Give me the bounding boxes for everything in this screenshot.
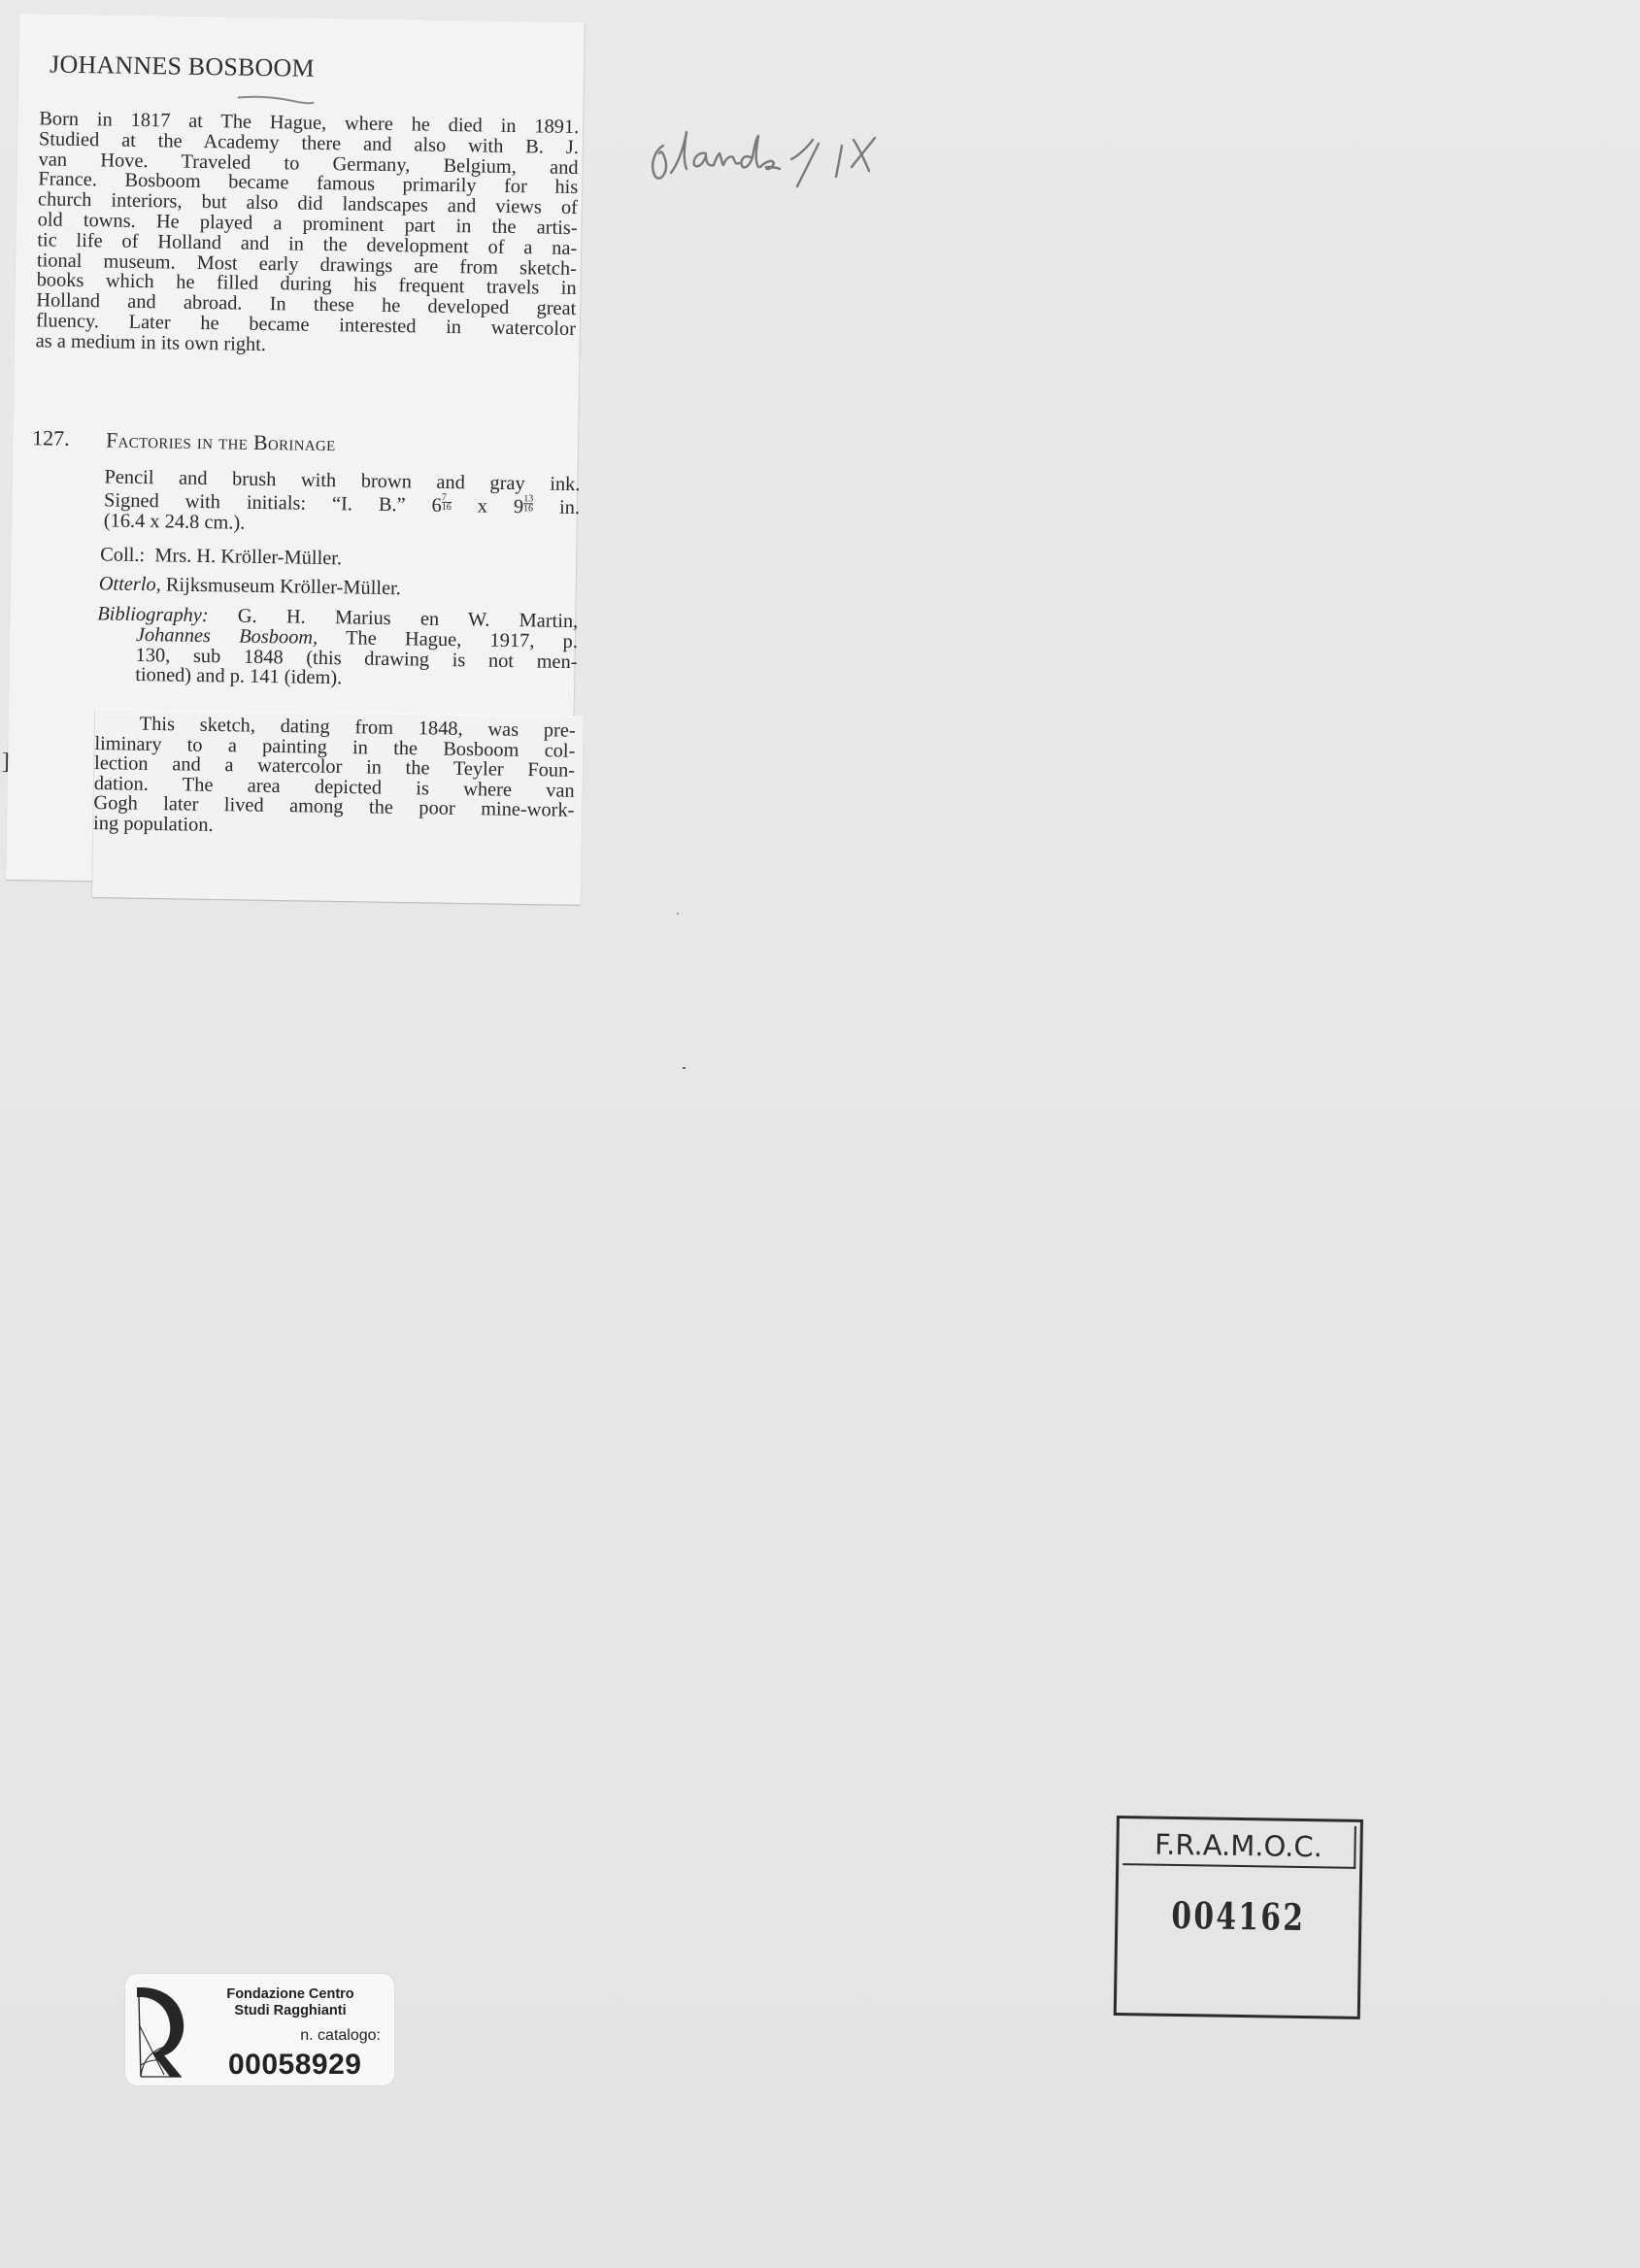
location-city: Otterlo, (99, 573, 161, 595)
collection-line: Coll.: Mrs. H. Kröller-Müller. (100, 544, 342, 570)
framoc-stamp: F.R.A.M.O.C. 004162 (1114, 1816, 1363, 2019)
fraction-denominator: 16 (523, 504, 533, 513)
stamp-number: 004162 (1144, 1892, 1332, 1939)
height-whole: 9 (514, 496, 524, 517)
ragghianti-r-logo-icon (135, 1985, 189, 2079)
entry-title: Factories in the Borinage (106, 427, 336, 456)
fraction-denominator: 16 (442, 503, 452, 512)
dimension-separator: x (478, 495, 488, 517)
artist-biography: Born in 1817 at The Hague, where he died… (36, 109, 580, 359)
bibliography-label: Bibliography: (97, 603, 209, 626)
catalog-number: 00058929 (228, 2049, 361, 2082)
location-museum: Rijksmuseum Kröller-Müller. (166, 574, 401, 599)
bibliography: Bibliography: G. H. Marius en W. Martin,… (96, 604, 578, 692)
entry-number: 127. (32, 425, 70, 451)
height-fraction: 1316 (523, 494, 533, 513)
stray-bracket-mark: ] (2, 750, 10, 776)
dimensions-inches: 6716 (431, 495, 452, 517)
commentary-text: This sketch, dating from 1848, was pre- … (93, 714, 576, 841)
label-organization: Fondazione Centro Studi Ragghianti (208, 1986, 373, 2019)
mount-card: JOHANNES BOSBOOM Born in 1817 at The Hag… (0, 0, 1640, 2268)
height-dim: 91316 (514, 496, 534, 517)
artist-heading: JOHANNES BOSBOOM (50, 50, 315, 83)
catalog-number-label: n. catalogo: (300, 2027, 381, 2045)
commentary-clipping: This sketch, dating from 1848, was pre- … (92, 709, 584, 905)
width-fraction: 716 (442, 493, 452, 512)
dust-speck (677, 913, 679, 915)
entry-description: Pencil and brush with brown and gray ink… (104, 467, 581, 538)
org-line-2: Studi Ragghianti (208, 2003, 373, 2019)
dust-speck (683, 1067, 686, 1069)
collection-value: Mrs. H. Kröller-Müller. (154, 545, 342, 569)
catalogue-label: Fondazione Centro Studi Ragghianti n. ca… (125, 1974, 394, 2085)
org-line-1: Fondazione Centro (208, 1986, 373, 2003)
stamp-header: F.R.A.M.O.C. (1122, 1822, 1356, 1869)
handwriting-strokes (646, 124, 879, 192)
handwritten-note: olanda XIX (646, 124, 879, 192)
dimension-unit: in. (559, 497, 580, 518)
location-line: Otterlo, Rijksmuseum Kröller-Müller. (99, 573, 401, 600)
collection-label: Coll.: (100, 544, 145, 566)
pencil-underline-mark (237, 95, 315, 106)
width-whole: 6 (431, 495, 442, 517)
